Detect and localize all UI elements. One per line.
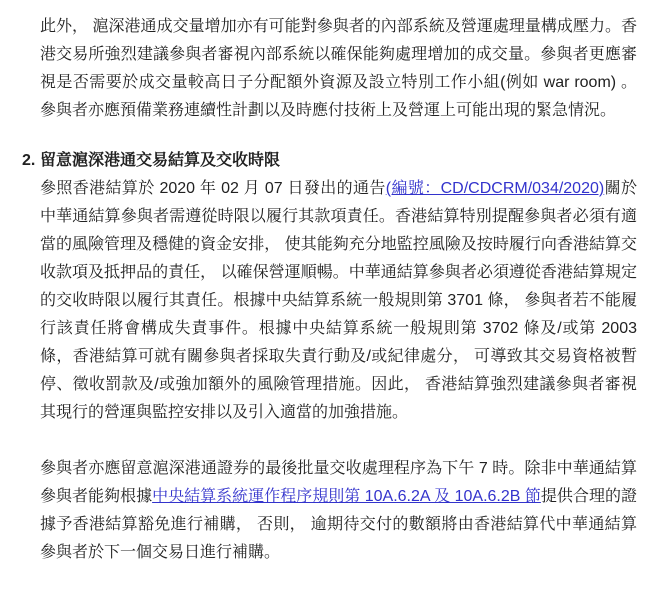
deadline-paragraph: 參與者亦應留意滬深港通證券的最後批量交收處理程序為下午 7 時。除非中華通結算參… xyxy=(40,455,637,567)
settlement-text-after-link: 關於中華通結算參與者需遵從時限以履行其款項責任。香港結算特別提醒參與者必須有適當… xyxy=(40,180,637,421)
intro-paragraph: 此外， 滬深港通成交量增加亦有可能對參與者的內部系統及營運處理量構成壓力。香港交… xyxy=(40,13,637,125)
section-number: 2. xyxy=(22,147,35,175)
circular-number-link[interactable]: (編號：CD/CDCRM/034/2020) xyxy=(386,180,604,197)
settlement-text-before-link: 參照香港結算於 2020 年 02 月 07 日發出的通告 xyxy=(40,180,386,197)
document-page: 此外， 滬深港通成交量增加亦有可能對參與者的內部系統及營運處理量構成壓力。香港交… xyxy=(0,0,664,589)
operational-procedures-link[interactable]: 中央結算系統運作程序規則第 10A.6.2A 及 10A.6.2B 節 xyxy=(152,488,541,505)
section-2: 2. 留意滬深港通交易結算及交收時限 參照香港結算於 2020 年 02 月 0… xyxy=(40,147,637,567)
settlement-paragraph: 參照香港結算於 2020 年 02 月 07 日發出的通告(編號：CD/CDCR… xyxy=(40,175,637,427)
section-heading: 留意滬深港通交易結算及交收時限 xyxy=(40,147,637,175)
